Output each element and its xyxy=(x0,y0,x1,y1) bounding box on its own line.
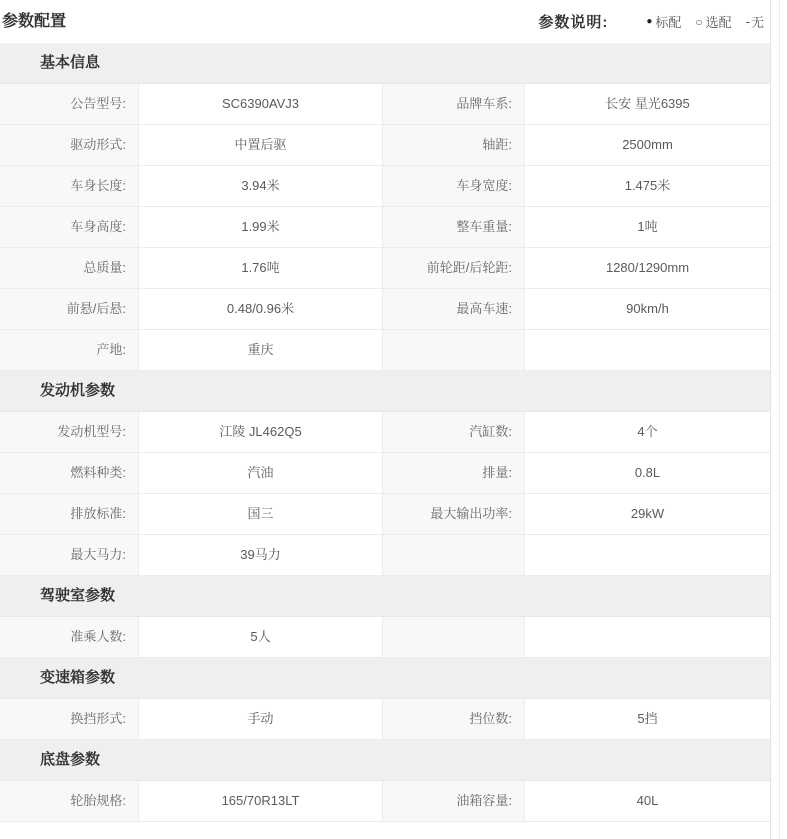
legend-item-text: 无 xyxy=(751,12,764,31)
spec-page: 参数配置 参数说明: ●标配 ○选配 -无 基本信息公告型号:SC6390AVJ… xyxy=(0,0,787,839)
spec-value: 江陵 JL462Q5 xyxy=(139,412,383,452)
spec-label: 车身高度: xyxy=(0,207,139,247)
filled-dot-icon: ● xyxy=(646,16,652,27)
legend-label: 参数说明: xyxy=(538,11,608,32)
spec-value: 39马力 xyxy=(139,535,383,575)
scrollbar-gutter[interactable] xyxy=(770,0,787,839)
spec-label: 整车重量: xyxy=(383,207,525,247)
spec-label xyxy=(383,535,525,575)
spec-section: 基本信息公告型号:SC6390AVJ3品牌车系:长安 星光6395驱动形式:中置… xyxy=(0,43,770,371)
spec-label: 产地: xyxy=(0,330,139,370)
spec-value: 0.48/0.96米 xyxy=(139,289,383,329)
spec-row: 驱动形式:中置后驱轴距:2500mm xyxy=(0,125,770,166)
spec-label: 准乘人数: xyxy=(0,617,139,657)
section-title: 基本信息 xyxy=(0,43,770,84)
spec-row: 燃料种类:汽油排量:0.8L xyxy=(0,453,770,494)
spec-row: 总质量:1.76吨前轮距/后轮距:1280/1290mm xyxy=(0,248,770,289)
spec-value: 1.76吨 xyxy=(139,248,383,288)
spec-row: 准乘人数:5人 xyxy=(0,617,770,658)
spec-value xyxy=(525,535,770,575)
spec-row: 发动机型号:江陵 JL462Q5汽缸数:4个 xyxy=(0,412,770,453)
spec-row: 轮胎规格:165/70R13LT油箱容量:40L xyxy=(0,781,770,822)
spec-value: 长安 星光6395 xyxy=(525,84,770,124)
spec-value: 1.99米 xyxy=(139,207,383,247)
spec-value: 1.475米 xyxy=(525,166,770,206)
spec-value: 4个 xyxy=(525,412,770,452)
spec-label: 公告型号: xyxy=(0,84,139,124)
spec-label: 车身长度: xyxy=(0,166,139,206)
spec-value: 重庆 xyxy=(139,330,383,370)
spec-value: 5人 xyxy=(139,617,383,657)
page-title: 参数配置 xyxy=(0,0,66,43)
spec-value: 1280/1290mm xyxy=(525,248,770,288)
spec-value: 2500mm xyxy=(525,125,770,165)
spec-label: 轮胎规格: xyxy=(0,781,139,821)
dash-icon: - xyxy=(746,14,750,29)
spec-label: 油箱容量: xyxy=(383,781,525,821)
spec-value: 5挡 xyxy=(525,699,770,739)
spec-label: 品牌车系: xyxy=(383,84,525,124)
spec-value: 90km/h xyxy=(525,289,770,329)
section-title: 发动机参数 xyxy=(0,371,770,412)
section-title: 变速箱参数 xyxy=(0,658,770,699)
spec-row: 公告型号:SC6390AVJ3品牌车系:长安 星光6395 xyxy=(0,84,770,125)
legend-item-none: -无 xyxy=(746,12,764,31)
legend-item-standard: ●标配 xyxy=(646,12,681,31)
spec-section: 发动机参数发动机型号:江陵 JL462Q5汽缸数:4个燃料种类:汽油排量:0.8… xyxy=(0,371,770,576)
spec-row: 产地:重庆 xyxy=(0,330,770,371)
spec-value: SC6390AVJ3 xyxy=(139,84,383,124)
section-title: 底盘参数 xyxy=(0,740,770,781)
spec-table: 基本信息公告型号:SC6390AVJ3品牌车系:长安 星光6395驱动形式:中置… xyxy=(0,43,770,822)
spec-value: 29kW xyxy=(525,494,770,534)
spec-row: 最大马力:39马力 xyxy=(0,535,770,576)
page-header: 参数配置 参数说明: ●标配 ○选配 -无 xyxy=(0,0,770,43)
spec-label: 轴距: xyxy=(383,125,525,165)
spec-label: 挡位数: xyxy=(383,699,525,739)
spec-value: 40L xyxy=(525,781,770,821)
spec-label: 排放标准: xyxy=(0,494,139,534)
spec-label: 前轮距/后轮距: xyxy=(383,248,525,288)
spec-value: 1吨 xyxy=(525,207,770,247)
spec-label: 燃料种类: xyxy=(0,453,139,493)
spec-value xyxy=(525,617,770,657)
spec-value: 国三 xyxy=(139,494,383,534)
param-legend: 参数说明: ●标配 ○选配 -无 xyxy=(538,0,764,43)
spec-label: 换挡形式: xyxy=(0,699,139,739)
spec-section: 底盘参数轮胎规格:165/70R13LT油箱容量:40L xyxy=(0,740,770,822)
spec-value: 3.94米 xyxy=(139,166,383,206)
spec-label: 最大马力: xyxy=(0,535,139,575)
spec-value: 手动 xyxy=(139,699,383,739)
spec-row: 车身长度:3.94米车身宽度:1.475米 xyxy=(0,166,770,207)
spec-value xyxy=(525,330,770,370)
spec-label: 总质量: xyxy=(0,248,139,288)
spec-value: 汽油 xyxy=(139,453,383,493)
spec-label: 排量: xyxy=(383,453,525,493)
legend-item-text: 标配 xyxy=(655,12,681,31)
hollow-dot-icon: ○ xyxy=(695,15,702,29)
spec-section: 驾驶室参数准乘人数:5人 xyxy=(0,576,770,658)
spec-row: 车身高度:1.99米整车重量:1吨 xyxy=(0,207,770,248)
spec-label: 最大输出功率: xyxy=(383,494,525,534)
spec-label: 最高车速: xyxy=(383,289,525,329)
spec-section: 变速箱参数换挡形式:手动挡位数:5挡 xyxy=(0,658,770,740)
spec-row: 换挡形式:手动挡位数:5挡 xyxy=(0,699,770,740)
spec-label: 驱动形式: xyxy=(0,125,139,165)
spec-label: 车身宽度: xyxy=(383,166,525,206)
legend-item-optional: ○选配 xyxy=(695,12,731,31)
spec-value: 中置后驱 xyxy=(139,125,383,165)
spec-label xyxy=(383,617,525,657)
spec-label: 汽缸数: xyxy=(383,412,525,452)
spec-value: 165/70R13LT xyxy=(139,781,383,821)
spec-label xyxy=(383,330,525,370)
section-title: 驾驶室参数 xyxy=(0,576,770,617)
legend-item-text: 选配 xyxy=(706,12,732,31)
spec-row: 排放标准:国三最大输出功率:29kW xyxy=(0,494,770,535)
spec-label: 发动机型号: xyxy=(0,412,139,452)
spec-row: 前悬/后悬:0.48/0.96米最高车速:90km/h xyxy=(0,289,770,330)
spec-label: 前悬/后悬: xyxy=(0,289,139,329)
spec-value: 0.8L xyxy=(525,453,770,493)
